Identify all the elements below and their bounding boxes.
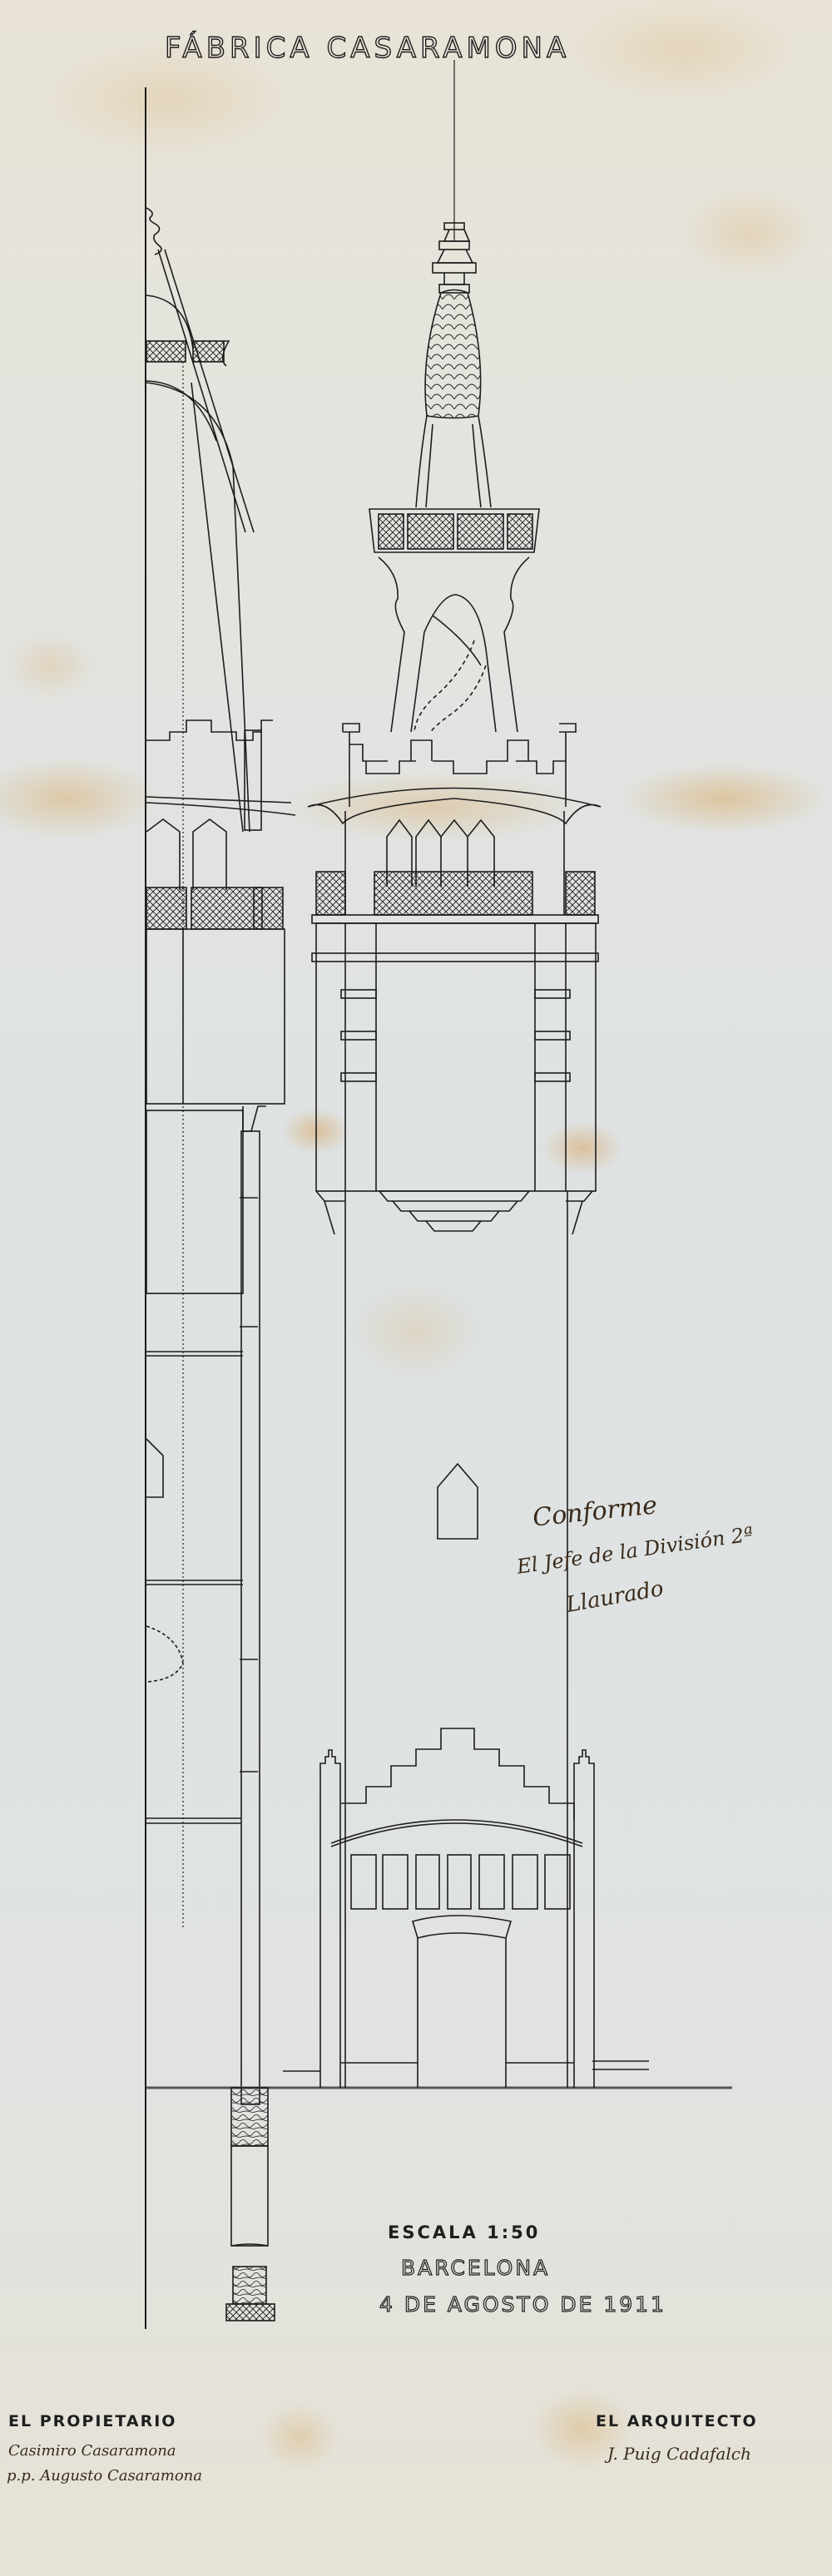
elevation-view <box>283 223 649 2088</box>
section-view <box>146 87 732 2329</box>
architect-label: EL ARQUITECTO <box>596 2412 758 2430</box>
date-label: 4 DE AGOSTO DE 1911 <box>379 2292 666 2316</box>
document-title: FÁBRICA CASARAMONA <box>165 32 570 65</box>
scale-label: ESCALA 1:50 <box>388 2222 540 2242</box>
owner-signature-1: Casimiro Casaramona <box>8 2442 176 2460</box>
owner-signature-2: p.p. Augusto Casaramona <box>7 2467 202 2485</box>
architect-signature: J. Puig Cadafalch <box>607 2444 751 2464</box>
city-label: BARCELONA <box>401 2256 550 2280</box>
tower-elevation-drawing <box>0 0 832 2576</box>
owner-label: EL PROPIETARIO <box>8 2412 176 2430</box>
